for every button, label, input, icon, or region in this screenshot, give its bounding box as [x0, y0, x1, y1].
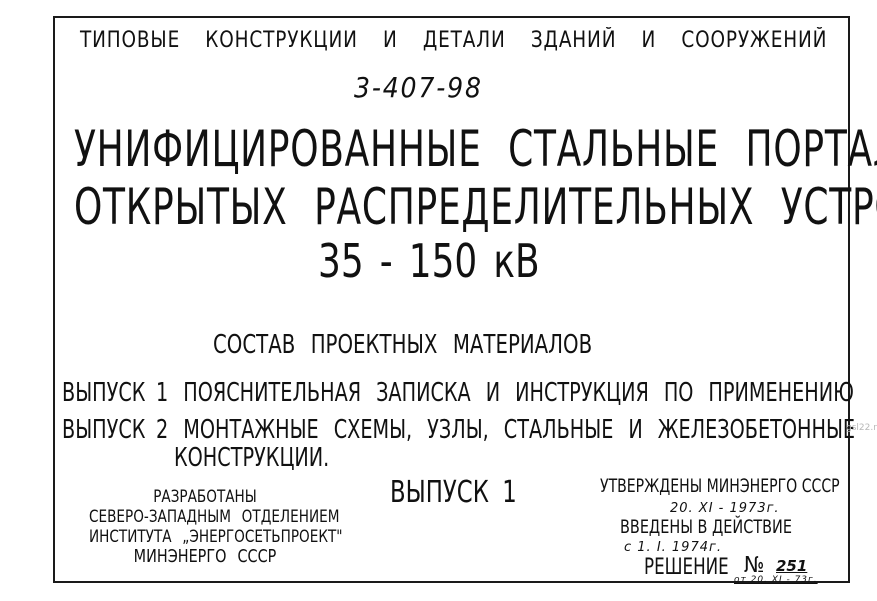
voltage-value: 35 - 150 — [318, 234, 477, 288]
developer-block: Разработаны Северо-Западным отделением и… — [60, 487, 350, 567]
issue-description: Монтажные схемы, узлы, стальные и железо… — [183, 415, 855, 445]
issue-list-item: Выпуск 1 Пояснительная записка и инструк… — [62, 380, 854, 406]
issue-label: Выпуск 1 — [62, 380, 168, 406]
contents-heading: Состав проектных материалов — [213, 332, 592, 358]
watermark-text: gsl22.ru — [846, 423, 877, 433]
approved-by: Утверждены Минэнерго СССР — [600, 477, 840, 496]
decision-date: от 20. XI - 73г. — [734, 576, 818, 585]
voltage-unit: кВ — [493, 234, 539, 288]
issue-description-continued: конструкции. — [174, 445, 329, 471]
developer-line: Минэнерго СССР — [89, 547, 321, 567]
approved-date: 20. XI - 1973г. — [670, 502, 780, 515]
effective-label: Введены в действие — [620, 518, 792, 537]
developer-line: института „Энергосетьпроект" — [89, 527, 321, 547]
number-sign: № — [744, 555, 765, 577]
decision-number: 251 — [776, 559, 807, 574]
document-code: 3-407-98 — [354, 74, 483, 102]
issue-label: Выпуск 2 — [62, 417, 168, 443]
title-line-1: Унифицированные стальные порталы — [74, 124, 877, 174]
issue-description: Пояснительная записка и инструкция по пр… — [183, 378, 854, 408]
voltage-range: 35 - 150 кВ — [318, 238, 540, 284]
title-line-2: открытых распределительных устройств — [74, 182, 877, 232]
decision-label: Решение — [644, 557, 729, 579]
developer-line: Северо-Западным отделением — [89, 507, 321, 527]
series-header: Типовые конструкции и детали зданий и со… — [80, 30, 827, 52]
current-issue-label: Выпуск 1 — [390, 478, 517, 508]
issue-list-item: Выпуск 2 Монтажные схемы, узлы, стальные… — [62, 417, 855, 443]
effective-date: с 1. I. 1974г. — [624, 541, 722, 554]
developer-line: Разработаны — [89, 487, 321, 507]
